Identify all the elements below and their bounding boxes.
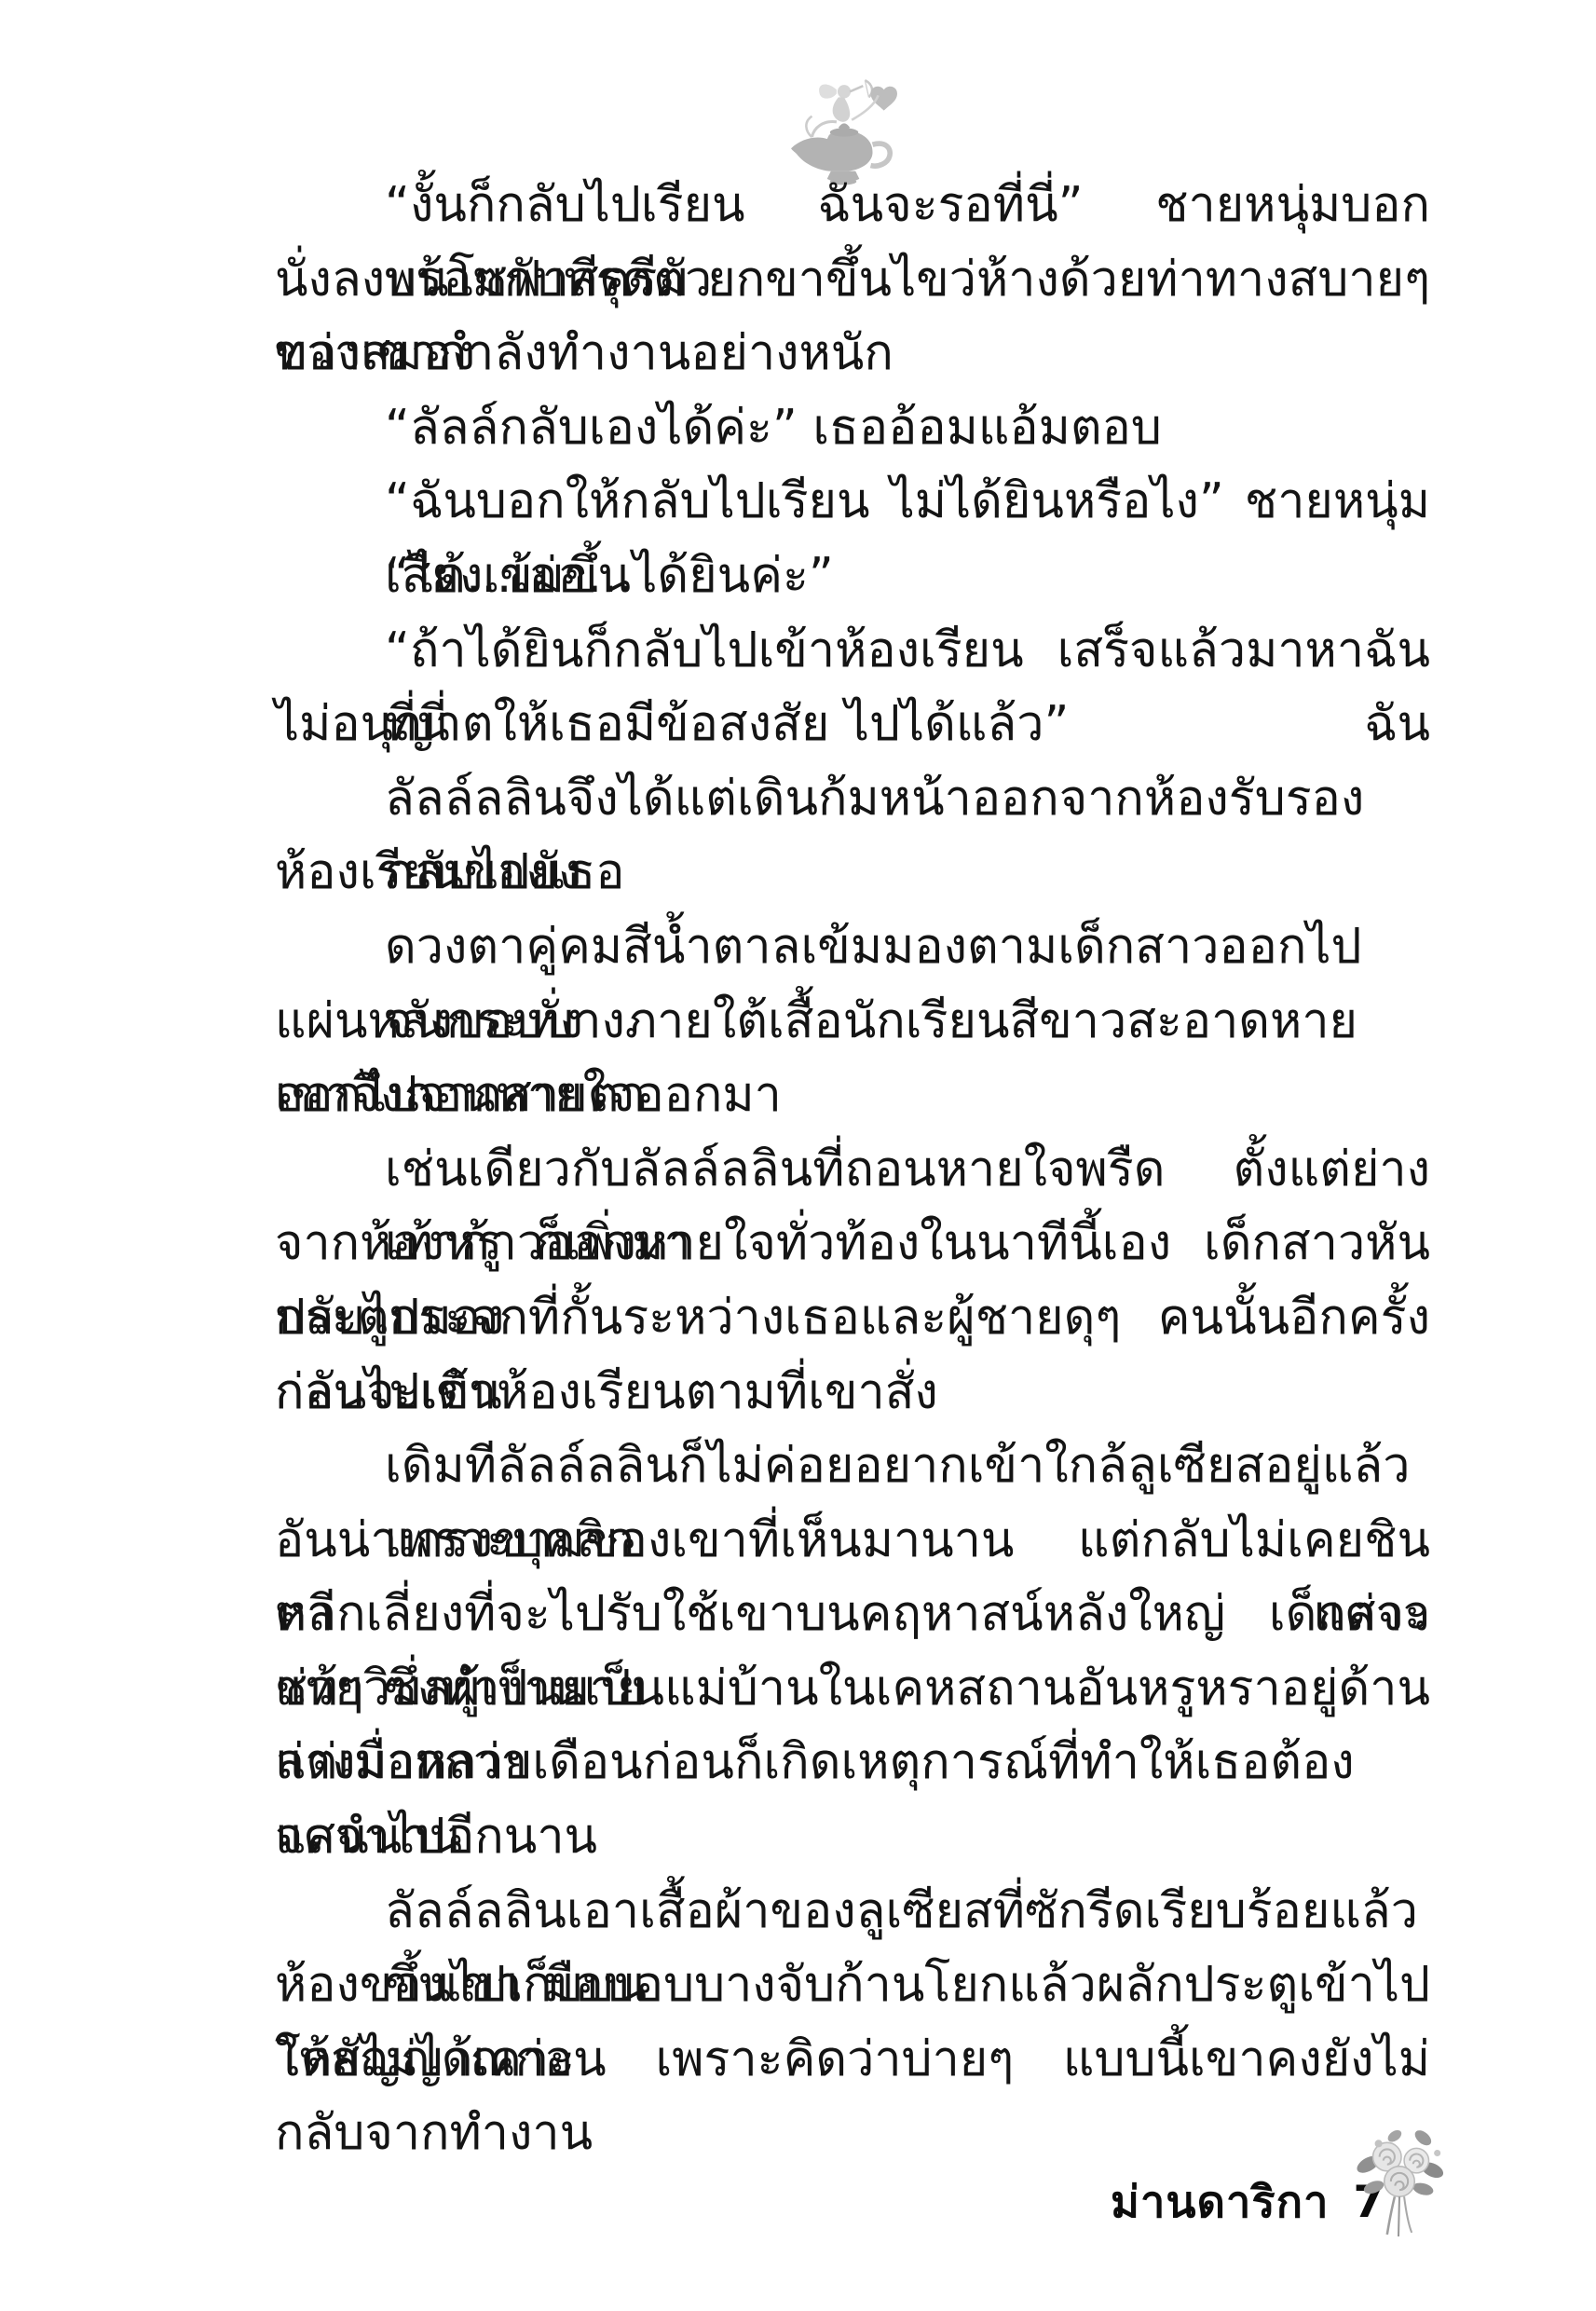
text-line: “งั้นก็กลับไปเรียน ฉันจะรอที่นี่” ชายหนุ… bbox=[275, 169, 1430, 243]
text-line: ประตูกระจกที่กั้นระหว่างเธอและผู้ชายดุๆ … bbox=[275, 1281, 1430, 1356]
footer-running-title: ม่านดาริกา7 bbox=[1111, 2167, 1385, 2236]
text-line: กลับไปเข้าห้องเรียนตามที่เขาสั่ง bbox=[275, 1356, 1430, 1430]
text-line: เขาจึงถอนหายใจออกมา bbox=[275, 1059, 1430, 1133]
body-text: “งั้นก็กลับไปเรียน ฉันจะรอที่นี่” ชายหนุ… bbox=[275, 169, 1430, 2097]
book-title: ม่านดาริกา bbox=[1111, 2177, 1330, 2228]
text-line: แต่เมื่อหลายเดือนก่อนก็เกิดเหตุการณ์ที่ท… bbox=[275, 1726, 1430, 1800]
text-line: “ลัลล์กลับเองได้ค่ะ” เธออ้อมแอ้มตอบ bbox=[275, 391, 1430, 466]
rose-bouquet-icon bbox=[1347, 2125, 1452, 2238]
text-line: นั่งลงบนโซฟาสีครีม ยกขาขึ้นไขว่ห้างด้วยท… bbox=[275, 243, 1430, 318]
text-line: ลัลล์ลลินเอาเสื้อผ้าของลูเซียสที่ซักรีดเ… bbox=[275, 1875, 1430, 1949]
text-line: ดวงตาคู่คมสีน้ำตาลเข้มมองตามเด็กสาวออกไป… bbox=[275, 910, 1430, 985]
text-line: อันน่าเกรงขามของเขาที่เห็นมานาน แต่กลับไ… bbox=[275, 1504, 1430, 1579]
text-line: “ฉันบอกให้กลับไปเรียน ไม่ได้ยินหรือไง” ช… bbox=[275, 465, 1430, 540]
text-line: ห้องของเขา มือบอบบางจับก้านโยกแล้วผลักปร… bbox=[275, 1949, 1430, 2023]
text-line: ให้สัญญาณก่อน เพราะคิดว่าบ่ายๆ แบบนี้เขา… bbox=[275, 2023, 1430, 2098]
text-line: เดิมทีลัลล์ลลินก็ไม่ค่อยอยากเข้าใกล้ลูเซ… bbox=[275, 1429, 1430, 1504]
book-page: “งั้นก็กลับไปเรียน ฉันจะรอที่นี่” ชายหนุ… bbox=[0, 0, 1596, 2311]
text-line: “ได้...เอ่อ...ได้ยินค่ะ” bbox=[275, 540, 1430, 614]
text-line: เช่นเดียวกับลัลล์ลลินที่ถอนหายใจพรืด ตั้… bbox=[275, 1133, 1430, 1208]
text-line: ลัลล์ลลินจึงได้แต่เดินก้มหน้าออกจากห้องร… bbox=[275, 762, 1430, 837]
text-line: “ถ้าได้ยินก็กลับไปเข้าห้องเรียน เสร็จแล้… bbox=[275, 614, 1430, 689]
text-line: แท้ๆ ซึ่งทำงานเป็นแม่บ้านในเคหสถานอันหรู… bbox=[275, 1652, 1430, 1727]
text-line: แผ่นหลังบอบบางภายใต้เสื้อนักเรียนสีขาวสะ… bbox=[275, 985, 1430, 1060]
text-line: แสนนาน bbox=[275, 1800, 1430, 1875]
text-line: ของเขากำลังทำงานอย่างหนัก bbox=[275, 317, 1430, 391]
text-line: หลีกเลี่ยงที่จะไปรับใช้เขาบนคฤหาสน์หลังใ… bbox=[275, 1578, 1430, 1652]
text-line: ห้องเรียนของเธอ bbox=[275, 836, 1430, 910]
text-line: จากห้องหรู ก็เพิ่งหายใจทั่วท้องในนาทีนี้… bbox=[275, 1207, 1430, 1281]
